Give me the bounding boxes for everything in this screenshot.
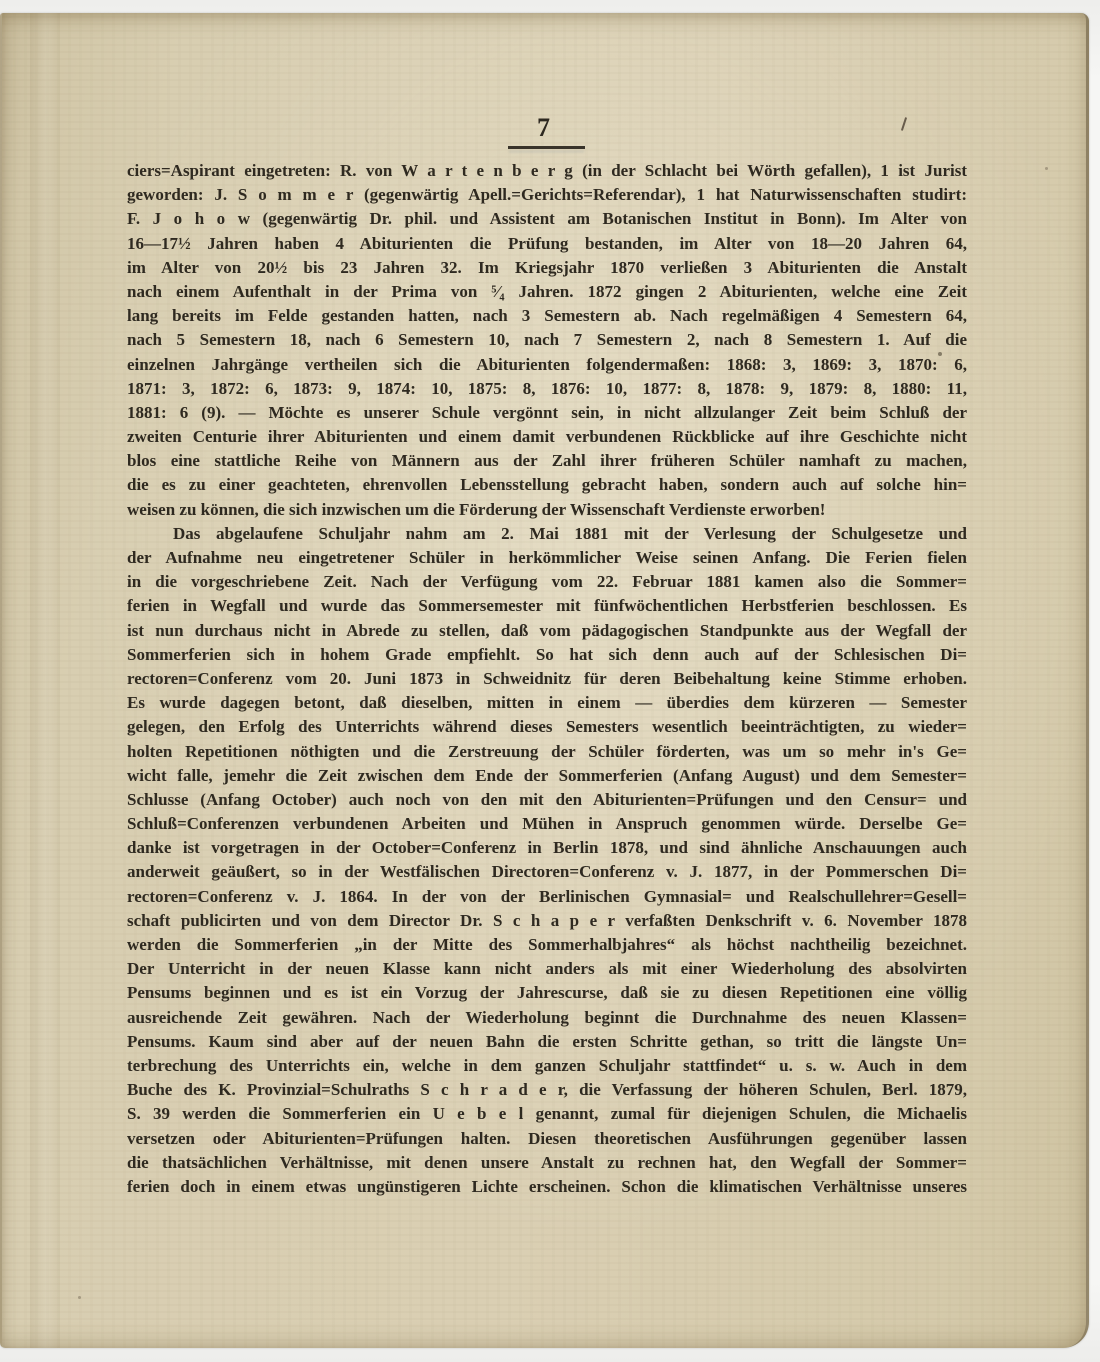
page-number: 7	[2, 114, 1086, 143]
text-line: danke ist vorgetragen in der October=Con…	[127, 836, 967, 860]
text-line: gelegen, den Erfolg des Unterrichts währ…	[127, 715, 967, 739]
ink-speck	[78, 1296, 81, 1299]
text-line: Das abgelaufene Schuljahr nahm am 2. Mai…	[127, 522, 967, 546]
text-line: nach 5 Semestern 18, nach 6 Semestern 10…	[127, 328, 967, 352]
ink-speck	[1045, 167, 1048, 170]
text-line: zweiten Centurie ihrer Abiturienten und …	[127, 425, 967, 449]
scanned-page: 7 ciers=Aspirant eingetreten: R. von W a…	[0, 13, 1089, 1348]
text-line: anderweit geäußert, so in der Westfälisc…	[127, 860, 967, 884]
text-line: lang bereits im Felde gestanden hatten, …	[127, 304, 967, 328]
text-line: schaft publicirten und von dem Director …	[127, 909, 967, 933]
text-line: ist nun durchaus nicht in Abrede zu stel…	[127, 619, 967, 643]
text-line: blos eine stattliche Reihe von Männern a…	[127, 449, 967, 473]
text-line: 1871: 3, 1872: 6, 1873: 9, 1874: 10, 187…	[127, 377, 967, 401]
text-line: Buche des K. Provinzial=Schulraths S c h…	[127, 1078, 967, 1102]
text-line: nach einem Aufenthalt in der Prima von ⁵…	[127, 280, 967, 304]
text-line: Sommerferien sich in hohem Grade empfieh…	[127, 643, 967, 667]
text-line: Pensums beginnen und es ist ein Vorzug d…	[127, 981, 967, 1005]
text-line: S. 39 werden die Sommerferien ein U e b …	[127, 1102, 967, 1126]
text-line: weisen zu können, die sich inzwischen um…	[127, 498, 967, 522]
text-line: der Aufnahme neu eingetretener Schüler i…	[127, 546, 967, 570]
text-line: Es wurde dagegen betont, daß dieselben, …	[127, 691, 967, 715]
text-line: versetzen oder Abiturienten=Prüfungen ha…	[127, 1127, 967, 1151]
binding-crease	[30, 13, 60, 1348]
text-line: holten Repetitionen nöthigten und die Ze…	[127, 740, 967, 764]
text-line: Schlusse (Anfang October) auch noch von …	[127, 788, 967, 812]
text-line: 1881: 6 (9). — Möchte es unserer Schule …	[127, 401, 967, 425]
text-line: in die vorgeschriebene Zeit. Nach der Ve…	[127, 570, 967, 594]
text-line: F. J o h o w (gegenwärtig Dr. phil. und …	[127, 207, 967, 231]
text-line: Schluß=Conferenzen verbundenen Arbeiten …	[127, 812, 967, 836]
text-line: terbrechung des Unterrichts ein, welche …	[127, 1054, 967, 1078]
scanned-document: { "colors": { "paper": "#d8ceb1", "ink":…	[0, 0, 1100, 1362]
page-number-rule	[508, 146, 585, 149]
text-block: ciers=Aspirant eingetreten: R. von W a r…	[127, 159, 967, 1199]
text-line: wicht falle, jemehr die Zeit zwischen de…	[127, 764, 967, 788]
text-line: 16—17½ Jahren haben 4 Abiturienten die P…	[127, 232, 967, 256]
text-line: die es zu einer geachteten, ehrenvollen …	[127, 473, 967, 497]
text-line: ausreichende Zeit gewähren. Nach der Wie…	[127, 1006, 967, 1030]
text-line: ciers=Aspirant eingetreten: R. von W a r…	[127, 159, 967, 183]
text-line: ferien doch in einem etwas ungünstigeren…	[127, 1175, 967, 1199]
text-line: ferien in Wegfall und wurde das Sommerse…	[127, 594, 967, 618]
text-line: rectoren=Conferenz vom 20. Juni 1873 in …	[127, 667, 967, 691]
text-line: einzelnen Jahrgänge vertheilen sich die …	[127, 353, 967, 377]
text-line: Pensums. Kaum sind aber auf der neuen Ba…	[127, 1030, 967, 1054]
text-line: werden die Sommerferien „in der Mitte de…	[127, 933, 967, 957]
text-line: rectoren=Conferenz v. J. 1864. In der vo…	[127, 885, 967, 909]
text-line: geworden: J. S o m m e r (gegenwärtig Ap…	[127, 183, 967, 207]
text-line: Der Unterricht in der neuen Klasse kann …	[127, 957, 967, 981]
text-line: im Alter von 20½ bis 23 Jahren 32. Im Kr…	[127, 256, 967, 280]
text-line: die thatsächlichen Verhältnisse, mit den…	[127, 1151, 967, 1175]
